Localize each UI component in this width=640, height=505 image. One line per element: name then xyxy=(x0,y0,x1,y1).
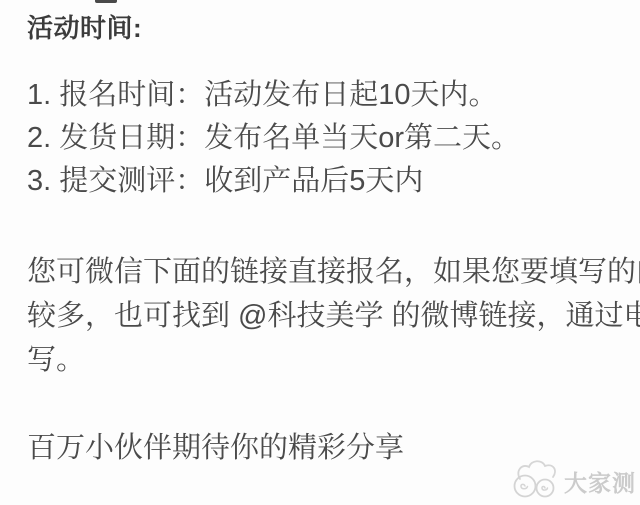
schedule-item-signup: 1. 报名时间：活动发布日起10天内。 xyxy=(27,74,520,117)
watermark-text: 大家测 xyxy=(564,470,636,501)
cropped-text-fragment xyxy=(95,0,117,3)
doodle-glasses-icon xyxy=(512,457,562,501)
paragraph-line: 较多，也可找到 @科技美学 的微博链接，通过电脑填 xyxy=(27,294,640,338)
paragraph-line: 写。 xyxy=(27,338,640,382)
paragraph-line: 您可微信下面的链接直接报名，如果您要填写的内容 xyxy=(27,250,640,294)
signup-paragraph: 您可微信下面的链接直接报名，如果您要填写的内容 较多，也可找到 @科技美学 的微… xyxy=(27,250,640,382)
watermark: 大家测 xyxy=(512,457,636,501)
schedule-item-shipping: 2. 发货日期：发布名单当天or第二天。 xyxy=(27,117,520,160)
schedule-item-review: 3. 提交测评：收到产品后5天内 xyxy=(27,160,520,203)
closing-line: 百万小伙伴期待你的精彩分享 xyxy=(27,426,404,470)
section-heading: 活动时间: xyxy=(27,8,142,45)
weibo-text-screenshot: 活动时间: 1. 报名时间：活动发布日起10天内。 2. 发货日期：发布名单当天… xyxy=(0,0,640,505)
schedule-list: 1. 报名时间：活动发布日起10天内。 2. 发货日期：发布名单当天or第二天。… xyxy=(27,74,520,203)
